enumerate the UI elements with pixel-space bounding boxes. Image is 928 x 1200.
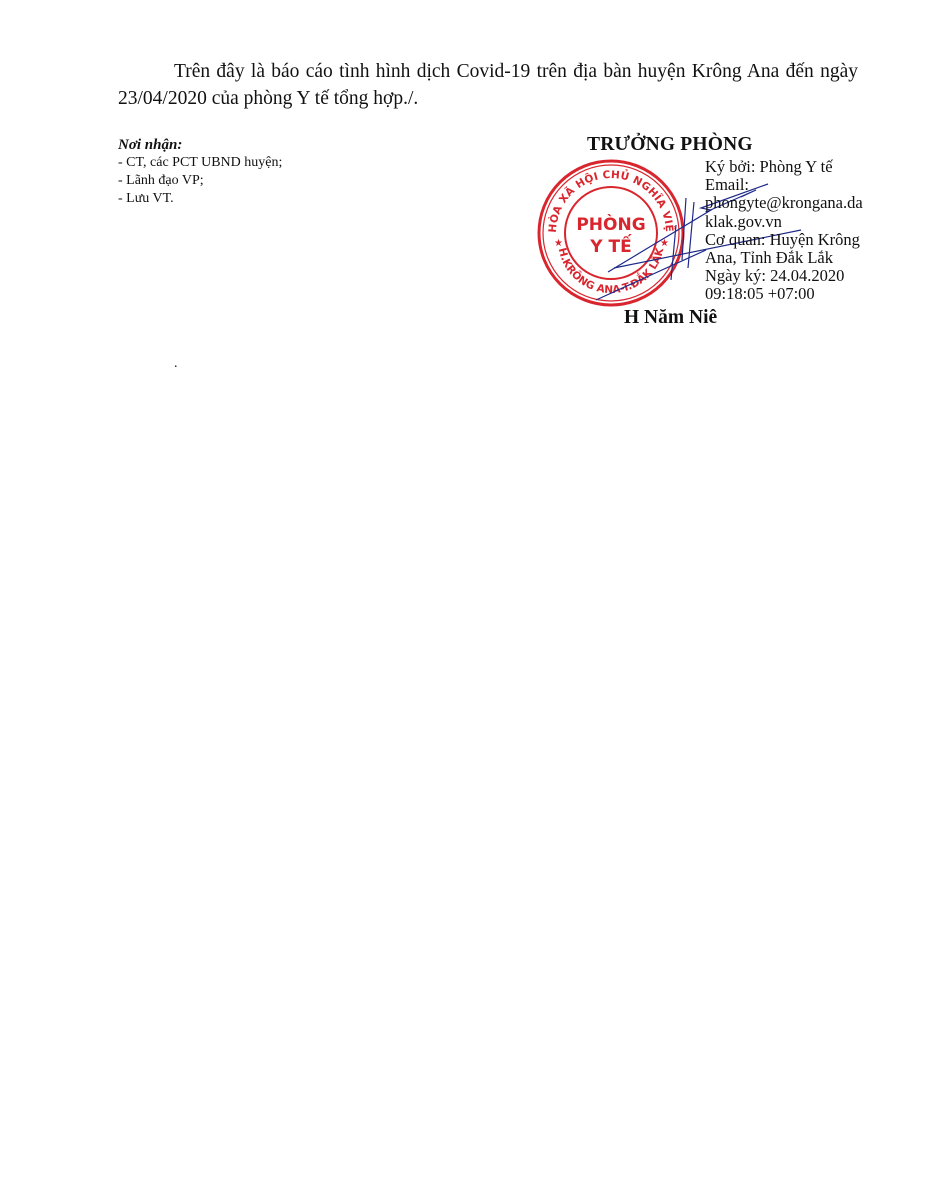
email-label: Email: <box>705 176 905 194</box>
signer-position: TRƯỞNG PHÒNG <box>587 134 753 156</box>
svg-text:★: ★ <box>660 238 669 249</box>
signed-by: Ký bởi: Phòng Y tế <box>705 158 905 176</box>
digital-signature-info: Ký bởi: Phòng Y tế Email: phongyte@krong… <box>705 158 905 304</box>
closing-paragraph: Trên đây là báo cáo tình hình dịch Covid… <box>118 58 858 112</box>
recipients-block: Nơi nhận: - CT, các PCT UBND huyện; - Lã… <box>118 136 282 208</box>
email-value-2: klak.gov.vn <box>705 213 905 231</box>
stamp-center-line1: PHÒNG <box>576 213 645 235</box>
stamp-center-line2: Y TẾ <box>589 233 632 257</box>
agency-2: Ana, Tỉnh Đắk Lắk <box>705 249 905 267</box>
agency-1: Cơ quan: Huyện Krông <box>705 231 905 249</box>
email-value-1: phongyte@krongana.da <box>705 194 905 212</box>
signer-name: H Năm Niê <box>624 307 717 329</box>
recipient-item: - CT, các PCT UBND huyện; <box>118 154 282 172</box>
recipient-item: - Lãnh đạo VP; <box>118 172 282 190</box>
recipients-title: Nơi nhận: <box>118 136 282 154</box>
official-stamp-icon: CỘNG HÒA XÃ HỘI CHỦ NGHĨA VIỆT NAM H.KRÔ… <box>536 158 686 308</box>
footer-mark: . <box>174 356 178 372</box>
sign-time: 09:18:05 +07:00 <box>705 285 905 303</box>
svg-text:★: ★ <box>554 238 563 249</box>
recipient-item: - Lưu VT. <box>118 190 282 208</box>
sign-date: Ngày ký: 24.04.2020 <box>705 267 905 285</box>
